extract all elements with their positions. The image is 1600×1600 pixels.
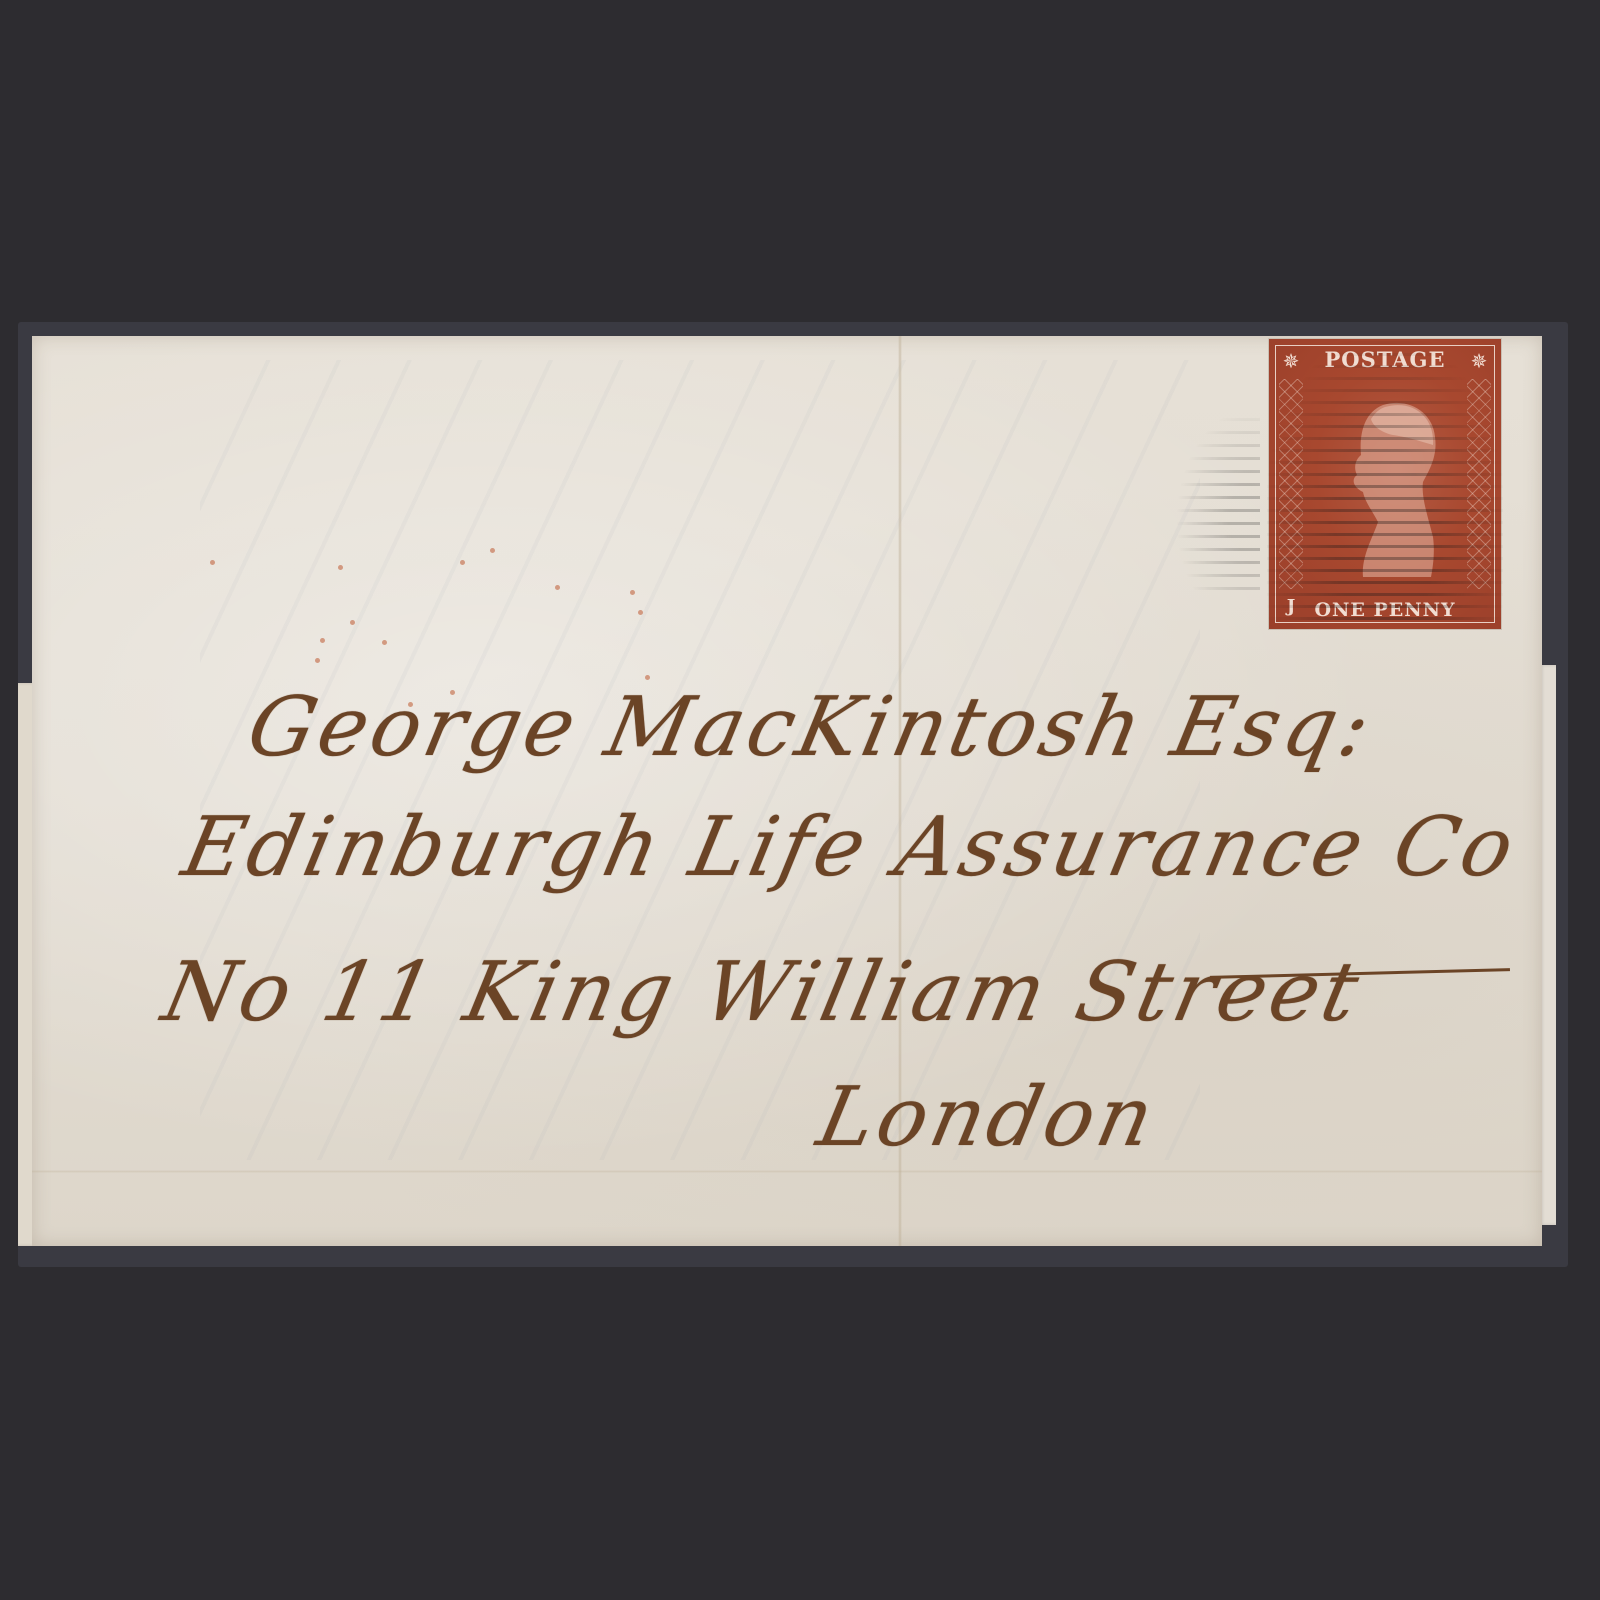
address-line-name: George MacKintosh Esq:: [240, 680, 1382, 775]
address-line-city: London: [810, 1070, 1166, 1165]
stamp-cancellation: [1267, 339, 1503, 629]
penny-red-stamp: ✵ ✵ POSTAGE ONE PENNY J: [1268, 338, 1502, 630]
right-flap-edge: [1540, 665, 1556, 1225]
address-line-company: Edinburgh Life Assurance Co: [175, 800, 1526, 895]
postmark-cancel: [1170, 400, 1260, 600]
address-line-street: No 11 King William Street: [155, 945, 1370, 1040]
horizontal-fold-line: [32, 1170, 1542, 1173]
